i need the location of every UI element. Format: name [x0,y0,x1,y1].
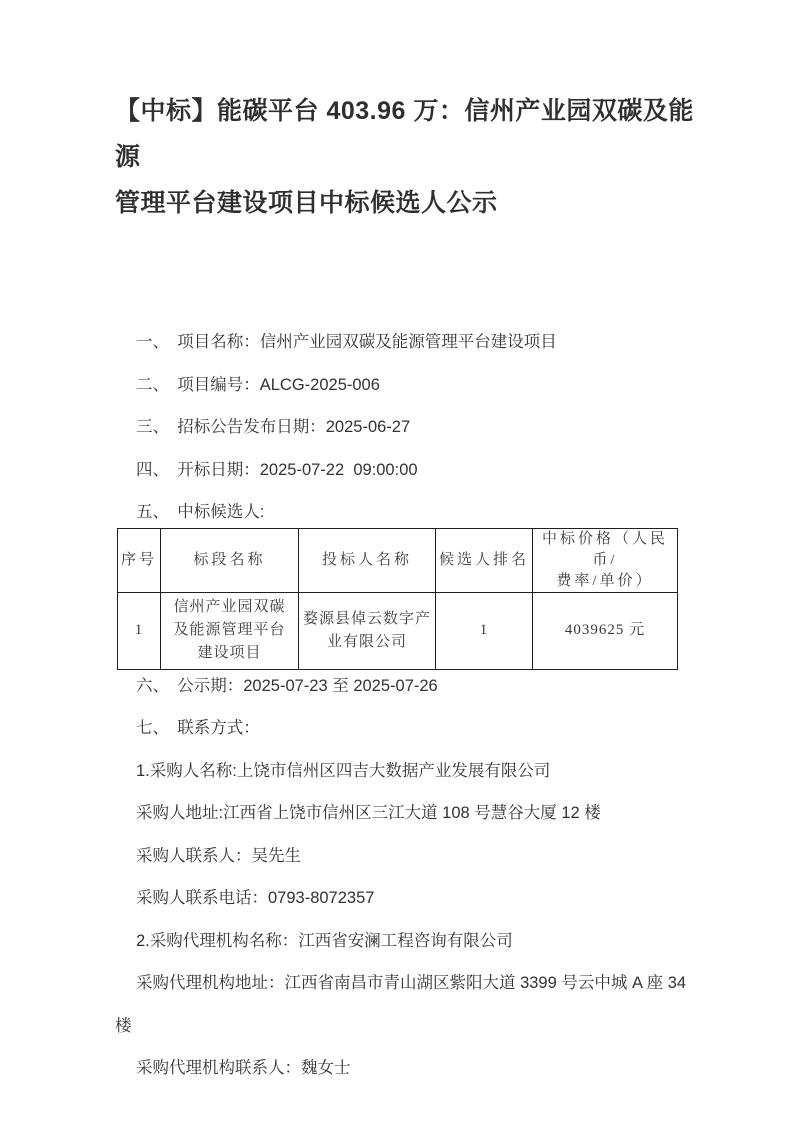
info-item-project-number: 二、 项目编号：ALCG-2025-006 [115,364,735,407]
post-item-purchaser-name: 1.采购人名称:上饶市信州区四吉大数据产业发展有限公司 [115,750,735,793]
table-header-row: 序号 标段名称 投标人名称 候选人排名 中标价格（人民币/ 费率/单价） [118,528,678,592]
info-item-project-name: 一、 项目名称：信州产业园双碳及能源管理平台建设项目 [115,321,735,364]
post-item-purchaser-phone: 采购人联系电话：0793-8072357 [115,877,735,920]
table-row: 1 信州产业园双碳 及能源管理平台 建设项目 婺源县倬云数字产 业有限公司 1 … [118,592,678,669]
document-page: 【中标】能碳平台 403.96 万：信州产业园双碳及能源 管理平台建设项目中标候… [0,0,793,1122]
cell-section-name: 信州产业园双碳 及能源管理平台 建设项目 [161,592,299,669]
cell-bid-price: 4039625 元 [533,592,678,669]
cell-seq: 1 [118,592,161,669]
post-item-contact-heading: 七、 联系方式： [115,707,735,750]
candidates-table: 序号 标段名称 投标人名称 候选人排名 中标价格（人民币/ 费率/单价） 1 信… [117,528,678,670]
post-item-agency-name: 2.采购代理机构名称：江西省安澜工程咨询有限公司 [115,920,735,963]
info-item-announcement-date: 三、 招标公告发布日期：2025-06-27 [115,406,735,449]
post-item-agency-address: 采购代理机构地址：江西省南昌市青山湖区紫阳大道 3399 号云中城 A 座 34… [115,962,735,1047]
post-item-agency-contact: 采购代理机构联系人：魏女士 [115,1047,735,1090]
header-bid-price: 中标价格（人民币/ 费率/单价） [533,528,678,592]
cell-bidder-name: 婺源县倬云数字产 业有限公司 [299,592,436,669]
post-item-publicity-period: 六、 公示期：2025-07-23 至 2025-07-26 [115,665,735,708]
header-bidder-name: 投标人名称 [299,528,436,592]
post-item-purchaser-address: 采购人地址:江西省上饶市信州区三江大道 108 号慧谷大厦 12 楼 [115,792,735,835]
info-item-bid-opening-date: 四、 开标日期：2025-07-22 09:00:00 [115,449,735,492]
header-candidate-rank: 候选人排名 [436,528,533,592]
cell-candidate-rank: 1 [436,592,533,669]
page-title: 【中标】能碳平台 403.96 万：信州产业园双碳及能源 管理平台建设项目中标候… [115,88,719,226]
post-item-purchaser-contact: 采购人联系人：吴先生 [115,835,735,878]
document-body: 一、 项目名称：信州产业园双碳及能源管理平台建设项目 二、 项目编号：ALCG-… [115,321,735,1090]
header-seq: 序号 [118,528,161,592]
header-section-name: 标段名称 [161,528,299,592]
